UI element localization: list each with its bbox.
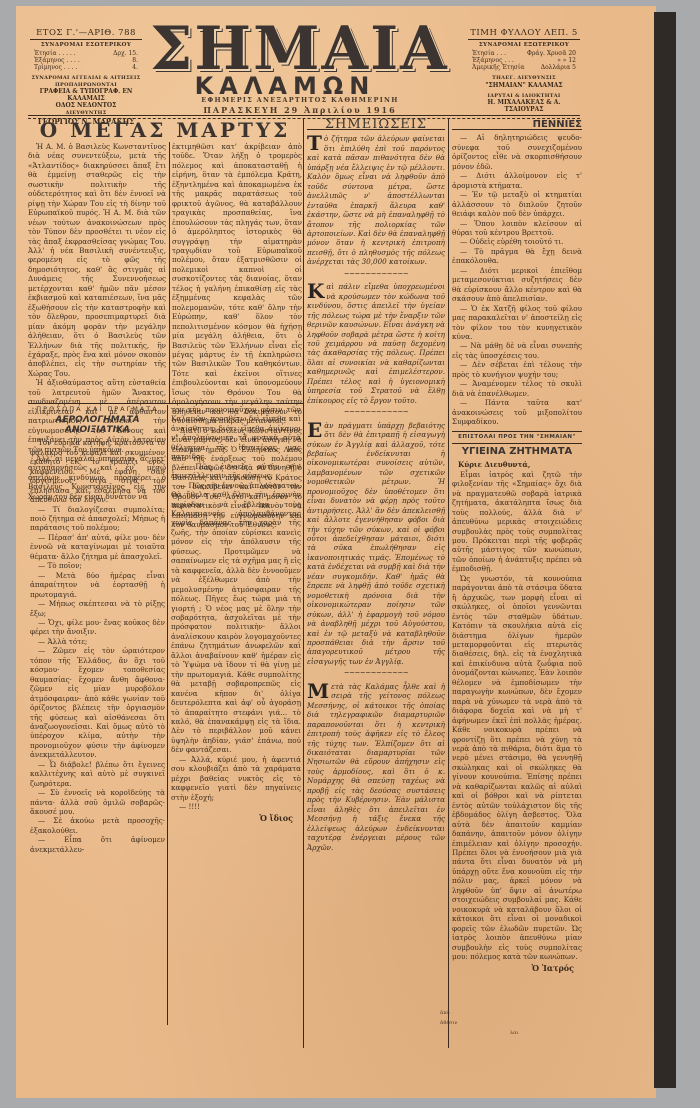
health-title: ΥΓΙΕΙΝΑ ΖΗΤΗΜΑΤΑ bbox=[452, 447, 582, 456]
feature-title: ΑΕΡΟΛΟΓΗΜΑΤΑ ΑΝΟΙΞΙΑΤΙΚΑ bbox=[30, 416, 165, 435]
feature-col2: τον τὴν προνομιοῦχον φύσιν τῶν Καλαμῶν· … bbox=[171, 405, 301, 824]
health-kicker-box: ΕΠΙΣΤΟΛΑΙ ΠΡΟΣ ΤΗΝ "ΣΗΜΑΙΑΝ" bbox=[452, 431, 582, 444]
notes-title: ΣΗΜΕΙΩΣΕΙΣ bbox=[307, 120, 445, 130]
newspaper-title: ΣΗΜΑΙΑ bbox=[150, 18, 420, 80]
founders-names: Η. ΜΙΧΑΛΑΚΕΑΣ & Α. ΤΣΑΙΟΥΡΑΣ bbox=[468, 99, 580, 113]
lead-headline: Ο ΜΕΓΑΣ ΜΑΡΤΥΣ bbox=[30, 118, 300, 142]
column-divider bbox=[448, 118, 449, 1048]
issue-date: ΠΑΡΑΣΚΕΥΗ 29 Ἀπριλίου 1916 bbox=[180, 105, 420, 115]
masthead-right-box: ΤΙΜΗ ΦΥΛΛΟΥ ΛΕΠ. 5 ΣΥΝΔΡΟΜΑΙ ΕΞΩΤΕΡΙΚΟΥ … bbox=[468, 28, 580, 113]
lead-end-rule bbox=[28, 403, 303, 404]
note-item: Καὶ πάλιν εἴμεθα ὑποχρεωμένοι νὰ κρούσωμ… bbox=[307, 282, 445, 405]
right-column: ΠΕΝΝΙΕΣ — Αἱ δηλητηριώδεις ψευδο-σύνεφα … bbox=[452, 120, 582, 974]
price-row: Τρίμηνος . . . .4. bbox=[30, 64, 142, 71]
price-row: Ἐτησία . . .Φράγ. Χρυσᾶ 20 bbox=[468, 50, 580, 57]
price-row: Ἑξάμηνος . . . .8. bbox=[30, 57, 142, 64]
salutation: Κύριε Διευθυντά, bbox=[452, 460, 582, 469]
margin-note: ἀπὸ bbox=[440, 1010, 450, 1016]
margin-note: λαι bbox=[510, 1030, 519, 1036]
year-issue: ΕΤΟΣ Γ.'—ΑΡΙΘ. 788 bbox=[30, 28, 142, 40]
street-line: ΟΔΟΣ ΝΕΔΟΝΤΟΣ bbox=[30, 102, 142, 109]
divider-ornament: ~~~~~~~~~~~~ bbox=[307, 270, 445, 279]
newspaper-city: ΚΑΛΑΜΩΝ bbox=[190, 74, 380, 98]
price-row: Ἀμερικῆς ἘτησίαΔολλάρια 5 bbox=[468, 64, 580, 71]
price-row: Ἐτησία . . . . .Δρχ. 15. bbox=[30, 50, 142, 57]
offices-line: ΓΡΑΦΕΙΑ & ΤΥΠΟΓΡΑΦ. ΕΝ ΚΑΛΑΜΑΙΣ bbox=[30, 88, 142, 102]
column-divider bbox=[167, 405, 168, 1025]
feature-signature: Ὁ ἴδιος bbox=[171, 814, 301, 823]
masthead-left-box: ΕΤΟΣ Γ.'—ΑΡΙΘ. 788 ΣΥΝΔΡΟΜΑΙ ΕΣΩΤΕΡΙΚΟΥ … bbox=[30, 28, 142, 126]
divider-ornament: ~~~~~~~~~~~~ bbox=[307, 408, 445, 417]
column-divider bbox=[303, 118, 304, 1048]
health-kicker: ΕΠΙΣΤΟΛΑΙ ΠΡΟΣ ΤΗΝ "ΣΗΜΑΙΑΝ" bbox=[452, 433, 582, 442]
domestic-subscriptions-heading: ΣΥΝΔΡΟΜΑΙ ΕΣΩΤΕΡΙΚΟΥ bbox=[30, 42, 142, 48]
health-signature: Ὁ Ἰατρός bbox=[452, 964, 582, 973]
note-item: Μετὰ τὰς Καλάμας ἦλθε καὶ ἡ σειρὰ τῆς γε… bbox=[307, 682, 445, 852]
divider-ornament: ~~~~~~~~~~~~ bbox=[307, 669, 445, 678]
feature-col1: ΠΡΟΣΩΠΑ ΚΑΙ ΠΡΑΓΜΑΤΑ ΑΕΡΟΛΟΓΗΜΑΤΑ ΑΝΟΙΞΙ… bbox=[30, 405, 165, 854]
note-item: Τὸ ζήτημα τῶν ἀλεύρων φαίνεται ὅτι ἐπιλύ… bbox=[307, 134, 445, 266]
tagline: ΕΦΗΜΕΡΙΣ ΑΝΕΞΑΡΤΗΤΟΣ ΚΑΘΗΜΕΡΙΝΗ bbox=[155, 96, 445, 104]
column-divider bbox=[169, 142, 170, 404]
margin-note: ἀθέσιν bbox=[440, 1020, 457, 1026]
notes-column: ΣΗΜΕΙΩΣΕΙΣ Τὸ ζήτημα τῶν ἀλεύρων φαίνετα… bbox=[307, 120, 445, 852]
issue-price: ΤΙΜΗ ΦΥΛΛΟΥ ΛΕΠ. 5 bbox=[468, 28, 580, 40]
telegraph-address: "ΣΗΜΑΙΑΝ" ΚΑΛΑΜΑΣ bbox=[468, 82, 580, 89]
feature-kicker: ΠΡΟΣΩΠΑ ΚΑΙ ΠΡΑΓΜΑΤΑ bbox=[30, 405, 165, 414]
pennies-title: ΠΕΝΝΙΕΣ bbox=[452, 120, 582, 130]
foreign-subscriptions-heading: ΣΥΝΔΡΟΜΑΙ ΕΞΩΤΕΡΙΚΟΥ bbox=[468, 42, 580, 48]
price-row: Ἑξάμηνος . . .» » 12 bbox=[468, 57, 580, 64]
note-item: Εὰν πράγματι ὑπάρχῃ βεβαιότης ὅτι δὲν θὰ… bbox=[307, 421, 445, 667]
prepayment-note: ΣΥΝΔΡΟΜΑΙ ΑΓΓΕΛΙΑΙ & ΑΙΤΗΣΕΙΣ ΠΡΟΠΛΗΡΩΝΟ… bbox=[30, 75, 142, 88]
page-shadow-edge bbox=[654, 12, 676, 1088]
